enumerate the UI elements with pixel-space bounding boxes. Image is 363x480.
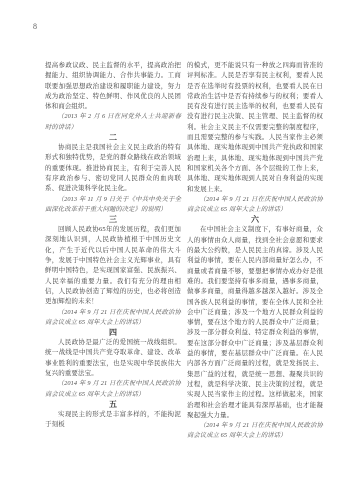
paragraph: 在中国社会主义制度下，有事好商量，众人的事情由众人商量，找到全社会意愿和要求的最… [187,225,323,421]
section-heading-5: 五 [45,400,181,410]
source-citation: （2014 年 9 月 21 日在庆祝中国人民政治协商会议成立 65 周年大会上… [187,195,323,216]
paragraph-continuation: 的模式，更不能说只有一种放之四海而皆准的评判标准。人民是否享有民主权利，要看人民… [187,61,323,195]
source-citation: （2014 年 9 月 21 日在庆祝中国人民政治协商会议成立 65 周年大会上… [45,379,181,400]
right-column: 的模式，更不能说只有一种放之四海而皆准的评判标准。人民是否享有民主权利，要看人民… [187,61,323,442]
paragraph-continuation: 提高参政议政、民主监督的水平，提高政治把握能力、组织协调能力、合作共事能力。工商… [45,61,181,112]
paragraph: 回顾人民政协65年的发展历程，我们更加深刻地认识到，人民政协植根于中国历史文化，… [45,225,181,307]
source-citation: （2014 年 9 月 21 日在庆祝中国人民政治协商会议成立 65 周年大会上… [45,308,181,329]
section-heading-6: 六 [187,215,323,225]
section-heading-4: 四 [45,328,181,338]
section-heading-3: 三 [45,215,181,225]
source-citation: （2014 年 9 月 21 日在庆祝中国人民政治协商会议成立 65 周年大会上… [187,421,323,442]
source-citation: （2013 年 11 月 9 日关于《中共中央关于全面深化改革若干重大问题的决定… [45,195,181,216]
source-citation: （2013 年 2 月 6 日在同党外人士共迎新春时的讲话） [45,112,181,133]
paragraph: 协商民主是我国社会主义民主政治的特有形式和独特优势，是党的群众路线在政治领域的重… [45,143,181,194]
left-column: 提高参政议政、民主监督的水平，提高政治把握能力、组织协调能力、合作共事能力。工商… [45,61,181,442]
page-number: 8 [33,22,37,32]
paragraph: 实现民主的形式是丰富多样的，不能拘泥于刻板 [45,410,181,431]
book-page: 8 提高参政议政、民主监督的水平，提高政治把握能力、组织协调能力、合作共事能力。… [0,0,363,480]
text-columns: 提高参政议政、民主监督的水平，提高政治把握能力、组织协调能力、合作共事能力。工商… [45,61,323,442]
paragraph: 人民政协是最广泛的爱国统一战线组织。统一战线是中国共产党夺取革命、建设、改革事业… [45,338,181,379]
section-heading-2: 二 [45,133,181,143]
